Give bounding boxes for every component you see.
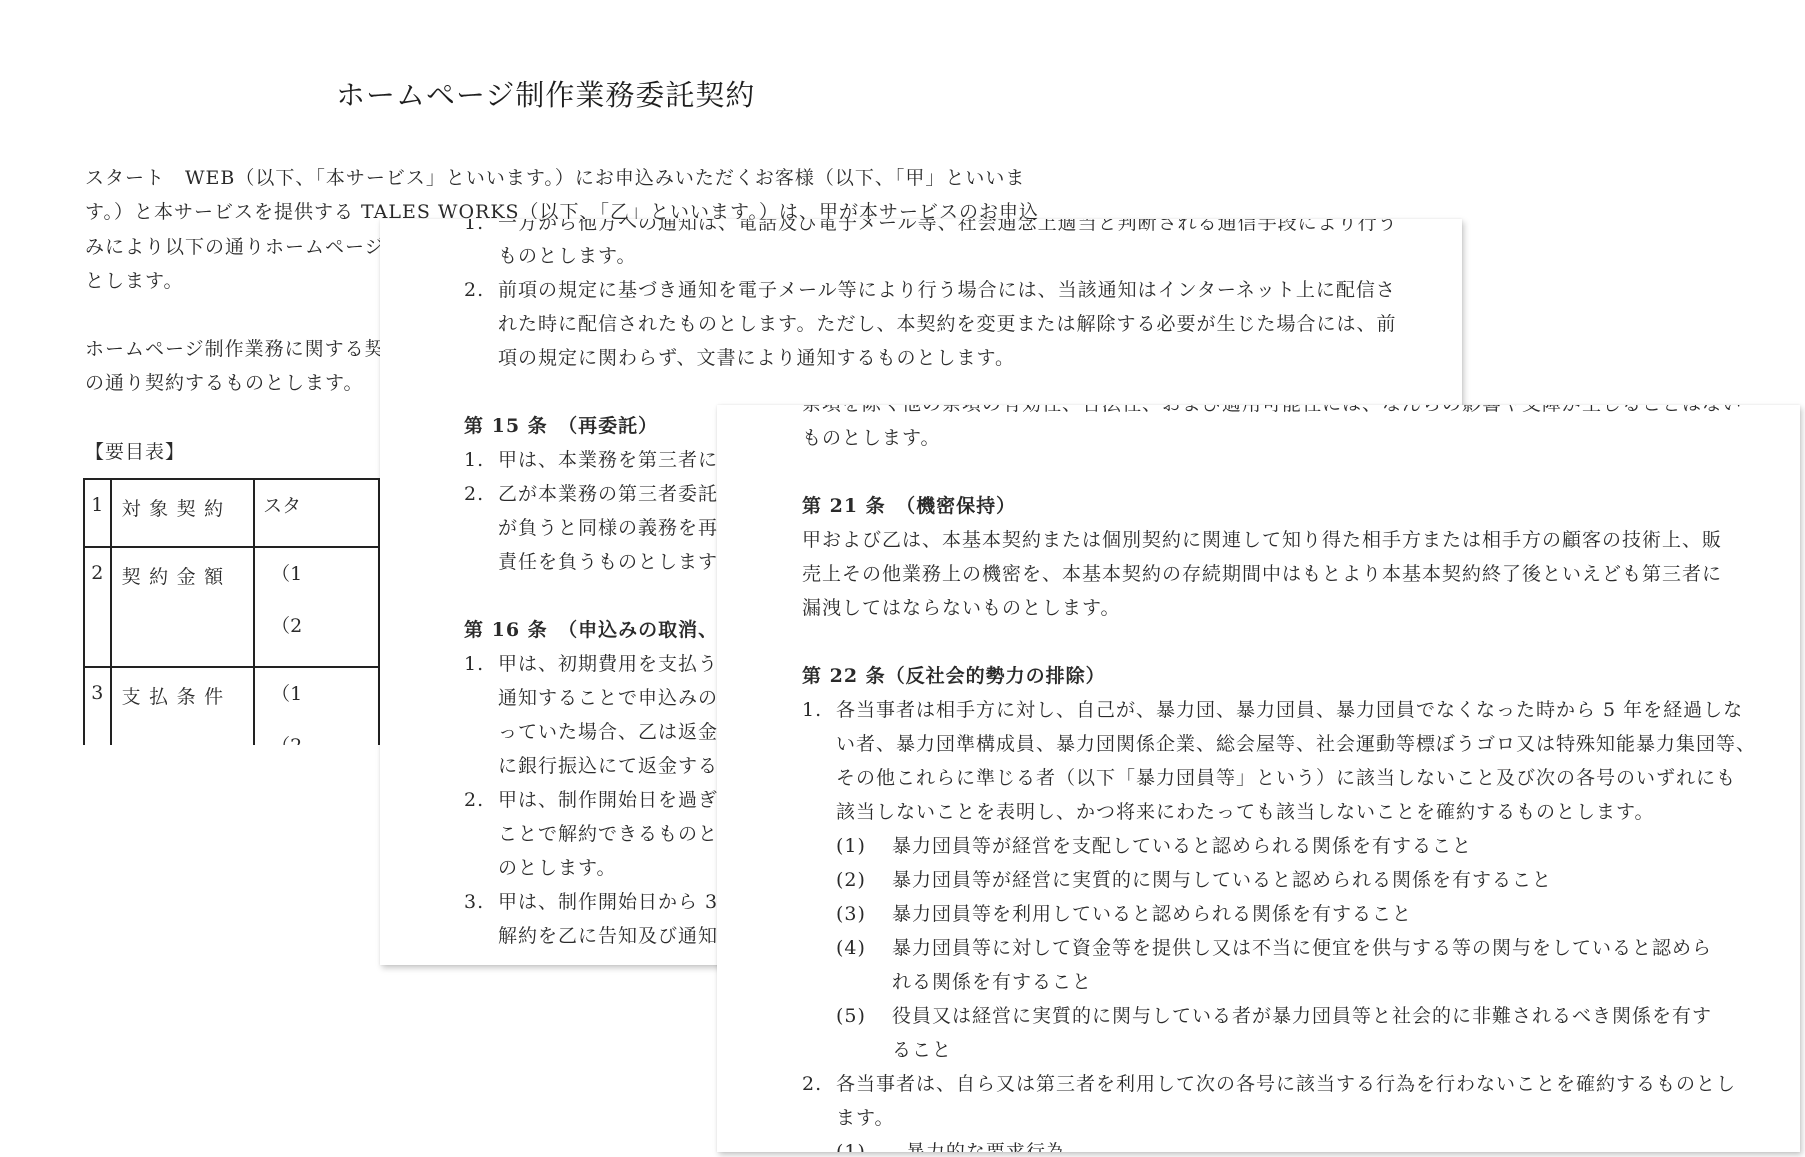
list-item: 甲は、初期費用を支払う前 bbox=[498, 652, 738, 676]
list-item: 各当事者は、自ら又は第三者を利用して次の各号に該当する行為を行わないことを確約す… bbox=[836, 1072, 1736, 1096]
list-item: その他これらに準じる者（以下「暴力団員等」という）に該当しないこと及び次の各号の… bbox=[836, 766, 1736, 790]
subitem-num: (1) bbox=[836, 834, 866, 858]
article-21-heading: 第 21 条 （機密保持） bbox=[802, 494, 1016, 518]
document-title: ホームページ制作業務委託契約 bbox=[336, 73, 755, 114]
subitem-text: 暴力団員等に対して資金等を提供し又は不当に便宜を供与する等の関与をしていると認め… bbox=[892, 936, 1712, 960]
list-item: れた時に配信されたものとします。ただし、本契約を変更または解除する必要が生じた場… bbox=[498, 312, 1396, 336]
row-label: 契約金額 bbox=[112, 548, 254, 589]
list-num: 1. bbox=[464, 652, 484, 676]
list-item: ことで解約できるものと bbox=[498, 822, 718, 846]
list-item: に銀行振込にて返金する bbox=[498, 754, 718, 778]
list-item: ます。 bbox=[836, 1106, 894, 1130]
list-item: のとします。 bbox=[498, 856, 616, 880]
subitem-text: れる関係を有すること bbox=[892, 970, 1092, 994]
list-item: が負うと同様の義務を再 bbox=[498, 516, 718, 540]
article-15-heading: 第 15 条 （再委託） bbox=[464, 414, 658, 438]
list-num: 1. bbox=[802, 698, 822, 722]
article-22-heading: 第 22 条（反社会的勢力の排除） bbox=[802, 664, 1106, 688]
list-num: 2. bbox=[802, 1072, 822, 1096]
article-21-line: 甲および乙は、本基本契約または個別契約に関連して知り得た相手方または相手方の顧客… bbox=[802, 528, 1722, 552]
subitem-num: (4) bbox=[836, 936, 866, 960]
list-item: 各当事者は相手方に対し、自己が、暴力団、暴力団員、暴力団員でなくなった時から 5… bbox=[836, 698, 1743, 722]
row-value: （1（2 bbox=[255, 548, 378, 666]
list-item: 乙が本業務の第三者委託 bbox=[498, 482, 718, 506]
list-item: 一方から他方への通知は、電話及び電子メール等、社会通念上適当と判断される通信手段… bbox=[498, 219, 1398, 235]
row-label: 支払条件 bbox=[112, 668, 254, 709]
cut-off-line: (1) 暴力的な要求行為 bbox=[836, 1140, 1066, 1152]
row-number: 3 bbox=[85, 668, 110, 704]
list-item: 責任を負うものとします bbox=[498, 550, 718, 574]
list-item: 項の規定に関わらず、文書により通知するものとします。 bbox=[498, 346, 1015, 370]
subitem-text: ること bbox=[892, 1038, 952, 1062]
subitem-text: 暴力団員等が経営に実質的に関与していると認められる関係を有すること bbox=[892, 868, 1552, 892]
article-16-heading: 第 16 条 （申込みの取消、修 bbox=[464, 618, 738, 642]
list-num: 2. bbox=[464, 278, 484, 302]
list-item: 通知することで申込みの bbox=[498, 686, 718, 710]
list-num: 1. bbox=[464, 219, 484, 235]
list-item: っていた場合、乙は返金 bbox=[498, 720, 718, 744]
row-label: 対象契約 bbox=[112, 480, 254, 521]
list-item: 甲は、制作開始日から 3 bbox=[498, 890, 718, 914]
summary-table: 1 対象契約 スタ 2 契約金額 （1（2 3 支払条件 （1（2 bbox=[83, 478, 380, 745]
article-21-line: 漏洩してはならないものとします。 bbox=[802, 596, 1120, 620]
row-number: 2 bbox=[85, 548, 110, 584]
list-num: 2. bbox=[464, 482, 484, 506]
subitem-num: (3) bbox=[836, 902, 866, 926]
list-item: 甲は、本業務を第三者に bbox=[498, 448, 718, 472]
list-num: 2. bbox=[464, 788, 484, 812]
subitem-text: 暴力団員等が経営を支配していると認められる関係を有すること bbox=[892, 834, 1472, 858]
subitem-num: (5) bbox=[836, 1004, 866, 1028]
continued-line: ものとします。 bbox=[802, 426, 940, 450]
list-num: 1. bbox=[464, 448, 484, 472]
list-num: 3. bbox=[464, 890, 484, 914]
list-item: 甲は、制作開始日を過ぎて bbox=[498, 788, 738, 812]
continued-line: 条項を除く他の条項の有効性、合法性、および適用可能性には、なんらの影響や支障が生… bbox=[802, 405, 1742, 416]
subitem-num: (2) bbox=[836, 868, 866, 892]
table-row: 2 契約金額 （1（2 bbox=[84, 547, 379, 667]
table-row: 3 支払条件 （1（2 bbox=[84, 667, 379, 745]
subitem-text: 役員又は経営に実質的に関与している者が暴力団員等と社会的に非難されるべき関係を有… bbox=[892, 1004, 1712, 1028]
document-page-3: 条項を除く他の条項の有効性、合法性、および適用可能性には、なんらの影響や支障が生… bbox=[717, 405, 1800, 1152]
list-item: 前項の規定に基づき通知を電子メール等により行う場合には、当該通知はインターネット… bbox=[498, 278, 1396, 302]
row-number: 1 bbox=[85, 480, 110, 516]
row-value: （1（2 bbox=[255, 668, 378, 745]
table-row: 1 対象契約 スタ bbox=[84, 479, 379, 547]
list-item: 該当しないことを表明し、かつ将来にわたっても該当しないことを確約するものとします… bbox=[836, 800, 1654, 824]
list-item: ものとします。 bbox=[498, 244, 636, 268]
row-value: スタ bbox=[255, 480, 378, 546]
list-item: 解約を乙に告知及び通知 bbox=[498, 924, 718, 948]
article-21-line: 売上その他業務上の機密を、本基本契約の存続期間中はもとより本基本契約終了後といえ… bbox=[802, 562, 1722, 586]
table-clip: 1 対象契約 スタ 2 契約金額 （1（2 3 支払条件 （1（2 bbox=[0, 0, 380, 745]
list-item: い者、暴力団準構成員、暴力団関係企業、総会屋等、社会運動等標ぼうゴロ又は特殊知能… bbox=[836, 732, 1756, 756]
subitem-text: 暴力団員等を利用していると認められる関係を有すること bbox=[892, 902, 1412, 926]
